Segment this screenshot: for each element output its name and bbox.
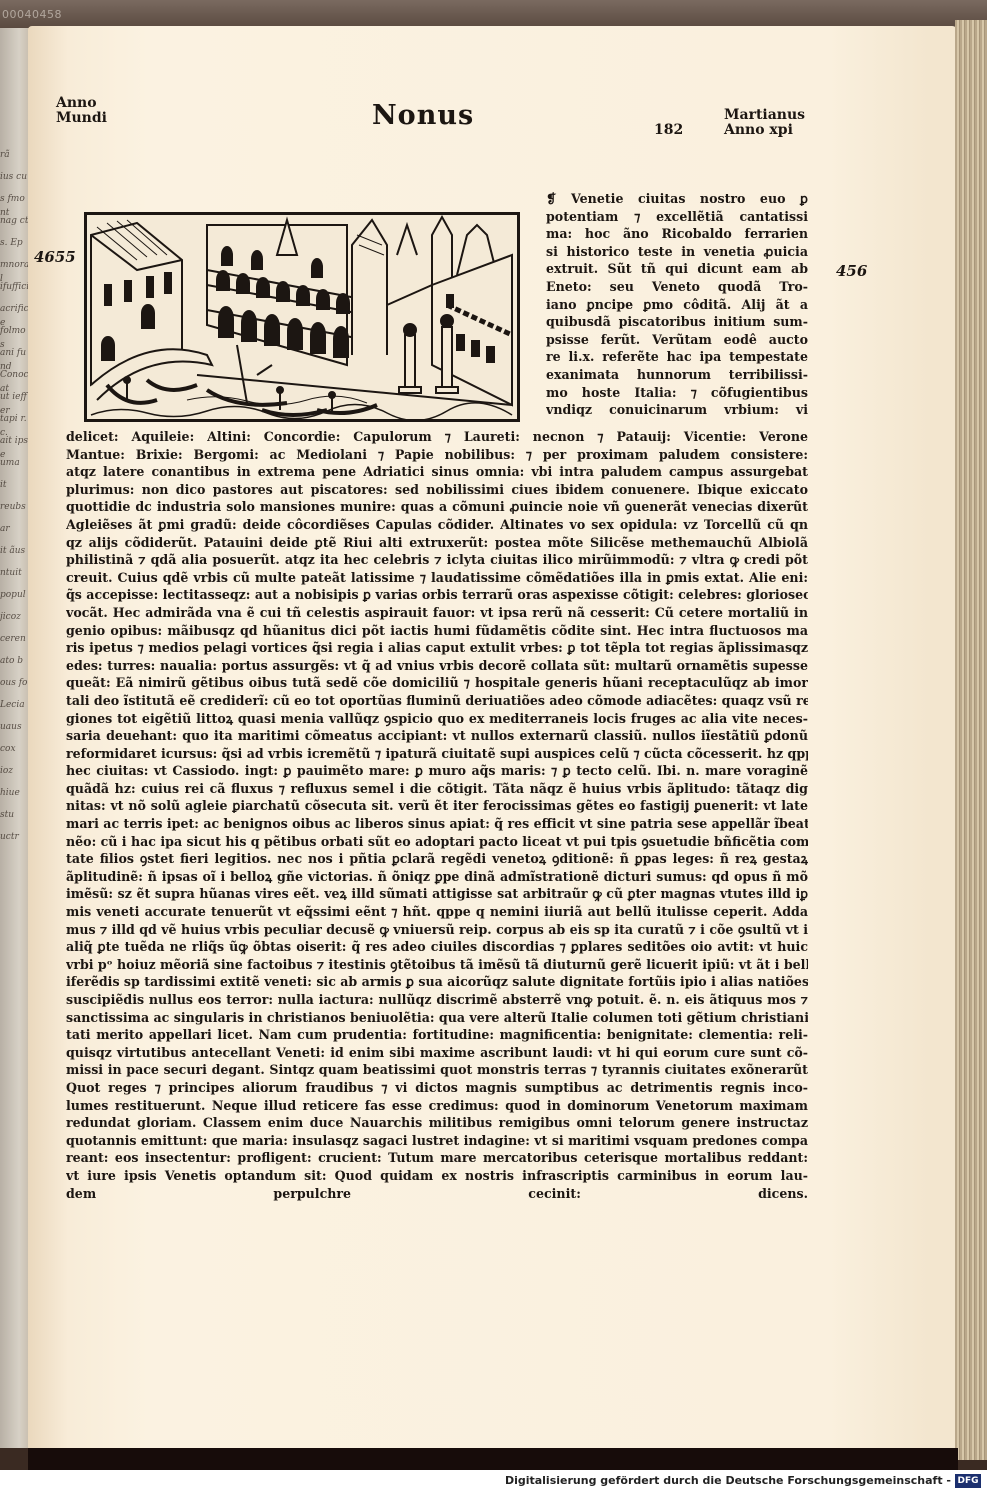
header-right: Martianus Anno xpi (724, 108, 805, 138)
folio-number: 182 (654, 122, 683, 138)
text-line: hec ciuitas: vt Cassiodo. ingt: ꝑ pauimẽ… (66, 762, 808, 780)
body-text-block: delicet: Aquileie: Altini: Concordie: Ca… (66, 428, 808, 1202)
text-line: mus ⁊ illd qd vẽ huius vrbis peculiar de… (66, 921, 808, 939)
venice-woodcut-image (87, 215, 517, 419)
strip-fragment: ius cu (0, 170, 30, 184)
strip-fragment: uaus (0, 720, 30, 734)
text-line: nẽo: cũ i hac ipa sicut his q pẽtibus or… (66, 833, 808, 851)
text-line: giones tot eigẽtiũ littoꝝ quasi menia va… (66, 710, 808, 728)
text-line: quisqz virtutibus antecellant Veneti: id… (66, 1044, 808, 1062)
text-line: quotannis emittunt: que maria: insulasqz… (66, 1132, 808, 1150)
strip-fragment: cox (0, 742, 30, 756)
text-line: potentiam ⁊ excellẽtiã cantatissi (546, 208, 808, 226)
text-line: reformidaret icursus: q̃si ad vrbis icre… (66, 745, 808, 763)
text-line: atqz latere conantibus in extrema pene A… (66, 463, 808, 481)
strip-fragment: ato b (0, 654, 30, 668)
strip-fragment: ar (0, 522, 30, 536)
text-line: aliq̃ ꝑte tuẽda ne rliq̃s ũꝙ õbtas oiser… (66, 938, 808, 956)
footer-credit: Digitalisierung gefördert durch die Deut… (505, 1474, 951, 1487)
strip-fragment: s. Ep (0, 236, 30, 250)
text-line: imẽsũ: sz ẽt supra hũanas vires eẽt. veꝝ… (66, 885, 808, 903)
strip-fragment: it (0, 478, 30, 492)
strip-fragment: Lecia (0, 698, 30, 712)
text-line: ma: hoc ãno Ricobaldo ferrarien (546, 225, 808, 243)
strip-fragment: it ãus (0, 544, 30, 558)
strip-fragment: uma (0, 456, 30, 470)
text-line: vt iure ipsis Venetis optandum sit: Quod… (66, 1167, 808, 1185)
text-line: iferẽdis sp tardissimi extitẽ veneti: si… (66, 973, 808, 991)
text-line: vrbi pᵒ hoiuz mẽoriã sine factoibus ⁊ it… (66, 956, 808, 974)
text-line: quottidie dc industria solo mansiones mu… (66, 498, 808, 516)
book-cover-top (0, 0, 987, 28)
text-line: mo hoste Italia: ⁊ cõfugientibus (546, 384, 808, 402)
text-line: tate filios ꝯstet fieri legitios. nec no… (66, 850, 808, 868)
header-right-line2: Anno xpi (724, 123, 805, 138)
strip-fragment: hiue (0, 786, 30, 800)
text-line: iano ꝑncipe ꝑmo côditã. Alij ãt a (546, 296, 808, 314)
strip-fragment: ceren (0, 632, 30, 646)
dfg-logo: DFG (955, 1474, 981, 1488)
text-line: psisse ferũt. Verũtam eodê aucto (546, 331, 808, 349)
text-line: ãplitudinẽ: ñ ipsas oĩ i belloꝝ gñe vict… (66, 868, 808, 886)
scan-id-watermark: 00040458 (2, 8, 62, 21)
text-line: vndiqz conuicinarum vrbium: vi (546, 401, 808, 419)
text-line: extruit. Sũt tñ qui dicunt eam ab (546, 260, 808, 278)
text-line: Quot reges ⁊ principes aliorum fraudibus… (66, 1079, 808, 1097)
text-line: saria deuehant: quo ita maritimi cõmeatu… (66, 727, 808, 745)
strip-fragment: stu (0, 808, 30, 822)
bottom-shadow (28, 1448, 958, 1470)
text-line: suscipiẽdis nullus eos terror: nulla iac… (66, 991, 808, 1009)
text-line: reant: eos insectentur: profligent: cruc… (66, 1149, 808, 1167)
page-edges (955, 20, 987, 1460)
text-line: queãt: Eã nimirũ gẽtibus oibus tutã sedẽ… (66, 674, 808, 692)
text-line: tati merito appellari licet. Nam cum pru… (66, 1026, 808, 1044)
header-left-line1: Anno (56, 96, 107, 111)
header-left-line2: Mundi (56, 111, 107, 126)
strip-fragment: ous fo (0, 676, 30, 690)
scan-background: 00040458 rãius cus fmontnag cts. Epmnora… (0, 0, 987, 1470)
text-line: sanctissima ac singularis in christianos… (66, 1009, 808, 1027)
text-line: exanimata hunnorum terribilissi- (546, 366, 808, 384)
text-line: philistinã ⁊ qdã alia posuerũt. atqz ita… (66, 551, 808, 569)
strip-fragment: rã (0, 148, 30, 162)
text-line: mis veneti accurate tenuerũt vt eq̃ssimi… (66, 903, 808, 921)
text-line: ❡ Venetie ciuitas nostro euo ꝑ (546, 190, 808, 208)
text-line: Agleiẽses ãt ꝑmi gradũ: deide côcordiẽse… (66, 516, 808, 534)
column-text-block: ❡ Venetie ciuitas nostro euo ꝑpotentiam … (546, 190, 808, 419)
text-line: redundat gloriam. Classem enim duce Naua… (66, 1114, 808, 1132)
text-line: mari ac terris ipet: ac benignos oibus a… (66, 815, 808, 833)
strip-fragment: jicoz (0, 610, 30, 624)
strip-fragment: uctr (0, 830, 30, 844)
text-line: quãdã hz: cuius rei cã fluxus ⁊ refluxus… (66, 780, 808, 798)
footer: Digitalisierung gefördert durch die Deut… (0, 1470, 987, 1494)
text-line: dem perpulchre cecinit: dicens. (66, 1185, 808, 1203)
text-line: quibusdã piscatoribus initium sum- (546, 313, 808, 331)
strip-fragment: nag ct (0, 214, 30, 228)
text-line: nitas: vt nõ solũ agleie ꝑiarchatũ cõsec… (66, 797, 808, 815)
page-title: Nonus (372, 100, 474, 131)
text-line: edes: turres: naualia: portus assurgẽs: … (66, 657, 808, 675)
strip-fragment: ioz (0, 764, 30, 778)
text-line: lumes restituerunt. Neque illud reticere… (66, 1097, 808, 1115)
text-line: missi in pace securi degant. Sintqz quam… (66, 1061, 808, 1079)
strip-fragment: popul (0, 588, 30, 602)
text-line: plurimus: non dico pastores aut piscator… (66, 481, 808, 499)
text-line: delicet: Aquileie: Altini: Concordie: Ca… (66, 428, 808, 446)
text-line: qz alijs cõdiderũt. Patauini deide ꝑtẽ R… (66, 534, 808, 552)
text-line: ris ipetus ⁊ medios pelagi vortices q̃si… (66, 639, 808, 657)
text-line: re li.x. referẽte hac ipa tempestate (546, 348, 808, 366)
strip-fragment: ntuit (0, 566, 30, 580)
text-line: si historico teste in venetia ꝓuicia (546, 243, 808, 261)
strip-fragment: ifuffici (0, 280, 30, 294)
text-line: genio opibus: mãibusqz qd hũanitus dici … (66, 622, 808, 640)
header-right-line1: Martianus (724, 108, 805, 123)
header-left: Anno Mundi (56, 96, 107, 126)
text-line: Eneto: seu Veneto quodã Tro- (546, 278, 808, 296)
text-line: tali deo ĩstitutã eẽ crediderĩ: cũ eo to… (66, 692, 808, 710)
margin-note-left-year: 4655 (34, 248, 76, 266)
strip-fragment: reubs (0, 500, 30, 514)
text-line: q̃s accepisse: lectitasseqz: aut a nobis… (66, 586, 808, 604)
text-line: vocãt. Hec admirãda vna ẽ cui tñ celesti… (66, 604, 808, 622)
text-line: Mantue: Brixie: Bergomi: ac Mediolani ⁊ … (66, 446, 808, 464)
woodcut-illustration (84, 212, 520, 422)
text-line: creuit. Cuius qdẽ vrbis cũ multe pateãt … (66, 569, 808, 587)
margin-note-right-year: 456 (836, 262, 867, 280)
